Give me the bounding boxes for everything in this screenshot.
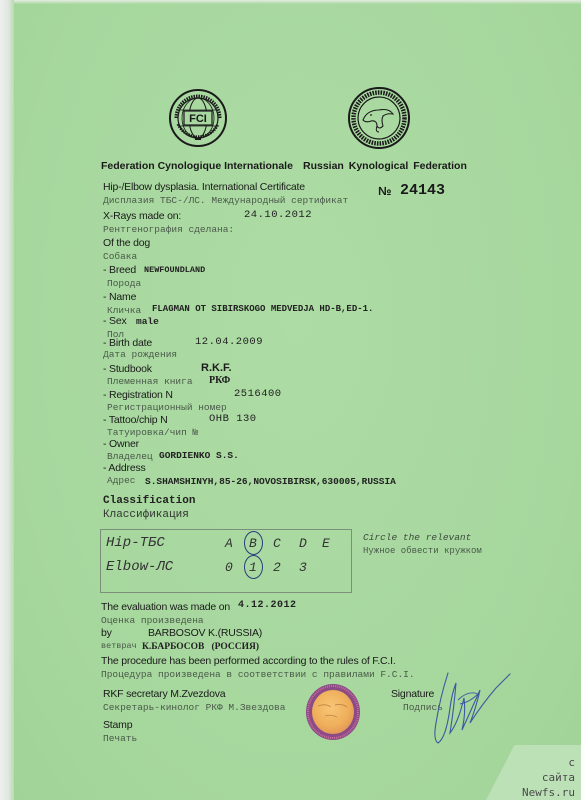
secretary-label-ru: Секретарь-кинолог РКФ М.Звездова [103, 702, 285, 713]
certificate-number-label: № [378, 184, 391, 198]
selected-grade-circle [244, 531, 263, 555]
studbook-label-en: - Studbook [103, 363, 152, 375]
svg-text:FCI: FCI [189, 113, 207, 125]
studbook-label-ru: Племенная книга [107, 376, 193, 387]
xrays-date: 24.10.2012 [244, 209, 312, 221]
stamp-label-ru: Печать [103, 733, 137, 744]
sex-label-en: - Sex [103, 315, 127, 327]
classification-title-ru: Классификация [103, 509, 189, 521]
rkf-hologram-seal-icon [305, 683, 361, 741]
dog-section-label-ru: Собака [103, 251, 137, 262]
classification-row-label: Elbow-ЛС [106, 559, 173, 575]
selected-grade-circle [244, 555, 263, 579]
evaluator-name-en: BARBOSOV K.(RUSSIA) [148, 627, 262, 639]
dog-section-label-en: Of the dog [103, 237, 150, 249]
classification-grade-option[interactable]: 0 [225, 560, 233, 575]
evaluator-label-en: by [101, 627, 112, 639]
address-label-ru: Адрес [107, 475, 136, 486]
name-label-en: - Name [103, 291, 136, 303]
tattoo-label-ru: Татуировка/чип № [107, 427, 198, 438]
classification-note-en: Circle the relevant [363, 532, 471, 543]
rkf-dog-head-icon [347, 86, 411, 150]
classification-note-ru: Нужное обвести кружком [363, 546, 482, 556]
tattoo-label-en: - Tattoo/chip N [103, 414, 168, 426]
watermark-line: Newfs.ru [522, 785, 575, 800]
address-label-en: - Address [103, 462, 146, 474]
fci-org-name: Federation Cynologique Internationale [101, 160, 293, 172]
procedure-statement-en: The procedure has been performed accordi… [101, 655, 396, 667]
owner-label-ru: Владелец [107, 451, 153, 462]
certificate-number: 24143 [400, 182, 445, 199]
owner-value: GORDIENKO S.S. [159, 450, 239, 461]
sex-value: male [136, 316, 159, 327]
birth-date-value: 12.04.2009 [195, 336, 263, 348]
address-value: S.SHAMSHINYH,85-26,NOVOSIBIRSK,630005,RU… [145, 476, 396, 487]
rkf-logo [347, 86, 411, 150]
certificate-title-en: Hip-/Elbow dysplasia. International Cert… [103, 181, 305, 193]
evaluation-date: 4.12.2012 [238, 600, 297, 611]
evaluation-label-ru: Оценка произведена [101, 615, 204, 626]
xrays-label-en: X-Rays made on: [103, 210, 181, 222]
evaluation-label-en: The evaluation was made on [101, 601, 230, 613]
xrays-label-ru: Рентгенография сделана: [103, 224, 234, 235]
fci-globe-icon: FCI [168, 88, 228, 148]
classification-grade-option[interactable]: C [273, 536, 281, 551]
classification-grade-option[interactable]: 3 [299, 560, 307, 575]
handwritten-signature-icon [428, 668, 518, 758]
classification-grade-option[interactable]: E [322, 536, 330, 551]
classification-row-label: Hip-ТБС [106, 535, 165, 551]
breed-value: NEWFOUNDLAND [144, 265, 205, 275]
certificate-title-ru: Дисплазия ТБС-/ЛС. Международный сертифи… [103, 195, 348, 206]
watermark-line: с [522, 755, 575, 770]
site-watermark: с сайта Newfs.ru [522, 755, 575, 800]
hologram-seal [305, 683, 361, 741]
birth-date-label-ru: Дата рождения [103, 349, 177, 360]
registration-label-en: - Registration N [103, 389, 173, 401]
classification-title-en: Classification [103, 495, 195, 507]
fci-logo: FCI [168, 88, 228, 148]
evaluator-label-ru: ветврач [101, 641, 137, 651]
evaluator-name-ru: К.БАРБОСОВ (РОССИЯ) [142, 642, 259, 652]
studbook-value-en: R.K.F. [201, 362, 232, 374]
registration-label-ru: Регистрационный номер [107, 402, 227, 413]
studbook-value-ru: РКФ [209, 375, 230, 386]
watermark-line: сайта [522, 770, 575, 785]
breed-label-en: - Breed [103, 264, 136, 276]
signature [428, 668, 518, 758]
name-value: FLAGMAN OT SIBIRSKOGO MEDVEDJA HD-B,ED-1… [152, 304, 373, 314]
scan-edge-left [0, 0, 14, 800]
stamp-label-en: Stamp [103, 719, 132, 731]
registration-value: 2516400 [234, 388, 282, 400]
breed-label-ru: Порода [107, 278, 141, 289]
secretary-label-en: RKF secretary M.Zvezdova [103, 688, 225, 700]
classification-grade-option[interactable]: A [225, 536, 233, 551]
rkf-org-name: Russian Kynological Federation [303, 160, 467, 172]
owner-label-en: - Owner [103, 438, 139, 450]
procedure-statement-ru: Процедура произведена в соответствии с п… [101, 669, 415, 680]
birth-date-label-en: - Birth date [103, 337, 152, 349]
tattoo-value: OHB 130 [209, 413, 257, 425]
classification-grade-option[interactable]: 2 [273, 560, 281, 575]
classification-grade-option[interactable]: D [299, 536, 307, 551]
